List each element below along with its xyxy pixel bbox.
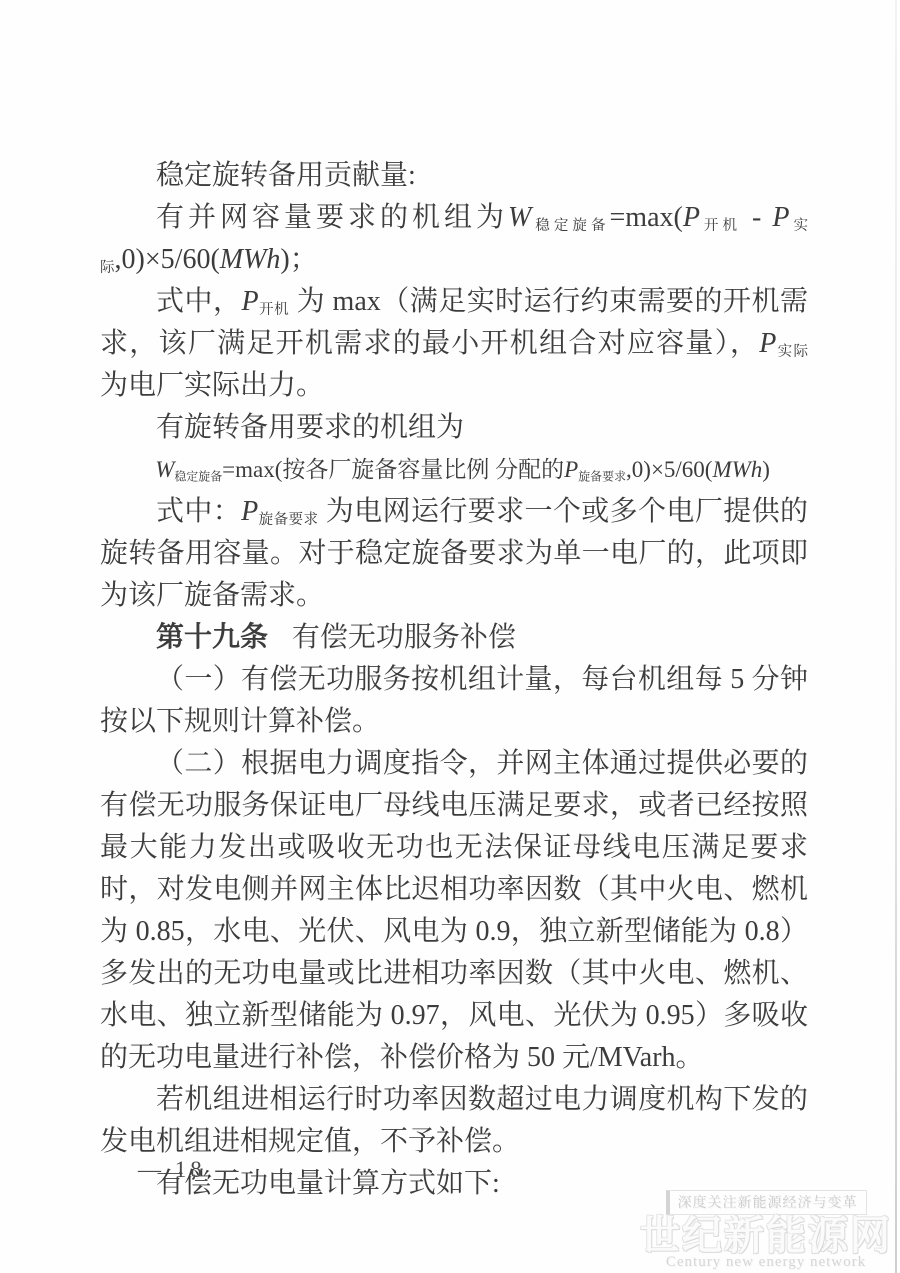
paragraph-article-19-heading: 第十九条有偿无功服务补偿 <box>100 617 808 659</box>
formula-p-open-subscript: 开机 <box>259 302 290 318</box>
formula-operator: =max( <box>610 202 683 233</box>
formula-minus-operator: - <box>741 202 772 233</box>
formula-p-actual-subscript: 实际 <box>776 344 808 360</box>
watermark-slogan: 深度关注新能源经济与变革 <box>666 1190 867 1215</box>
text-run: 式中， <box>156 286 241 317</box>
formula-p-actual-variable: P <box>772 202 789 233</box>
formula-w-subscript: 稳定旋备 <box>174 469 222 483</box>
text-run: 为电厂实际出力。 <box>100 370 324 401</box>
formula-unit: MWh <box>712 457 762 482</box>
formula-p-actual-variable: P <box>759 328 776 359</box>
formula-p-open-variable: P <box>683 202 700 233</box>
formula-spinning-reserve: W稳定旋备=max(按各厂旋备容量比例 分配的P旋备要求,0)×5/60(MWh… <box>100 449 808 491</box>
paragraph-formula-explanation-2: 式中：P旋备要求 为电网运行要求一个或多个电厂提供的旋转备用容量。对于稳定旋备要… <box>100 491 808 617</box>
document-page: 稳定旋转备用贡献量: 有并网容量要求的机组为W稳定旋备=max(P开机 - P实… <box>0 0 900 1273</box>
page-number: — 18 — <box>138 1157 243 1183</box>
paragraph-spinning-reserve-lead: 有旋转备用要求的机组为 <box>100 407 808 449</box>
text-run: 式中： <box>156 496 241 527</box>
article-number: 第十九条 <box>156 622 268 653</box>
paragraph-reserve-heading: 稳定旋转备用贡献量: <box>100 155 808 197</box>
formula-p-demand-variable: P <box>564 457 578 482</box>
formula-p-demand-subscript: 旋备要求 <box>258 512 318 528</box>
formula-end: )； <box>280 244 317 275</box>
paragraph-item-2: （二）根据电力调度指令，并网主体通过提供必要的有偿无功服务保证电厂母线电压满足要… <box>100 743 808 1079</box>
watermark: 深度关注新能源经济与变革 世纪新能源网 Century new energy n… <box>640 1190 892 1271</box>
formula-p-demand-variable: P <box>241 496 258 527</box>
document-body: 稳定旋转备用贡献量: 有并网容量要求的机组为W稳定旋备=max(P开机 - P实… <box>100 155 808 1205</box>
watermark-slogan-row: 深度关注新能源经济与变革 <box>640 1190 892 1215</box>
article-title: 有偿无功服务补偿 <box>292 622 516 653</box>
formula-w-variable: W <box>508 202 531 233</box>
watermark-subtitle: Century new energy network <box>640 1254 892 1271</box>
text-run: 有并网容量要求的机组为 <box>156 202 508 233</box>
paragraph-no-compensation: 若机组进相运行时功率因数超过电力调度机构下发的发电机组进相规定值，不予补偿。 <box>100 1079 808 1163</box>
formula-unit: MWh <box>220 244 281 275</box>
formula-tail: ,0)×5/60( <box>626 457 712 482</box>
formula-end: ) <box>762 457 770 482</box>
scan-edge-artifact <box>895 0 897 1273</box>
watermark-title: 世纪新能源网 <box>640 1215 892 1257</box>
paragraph-item-1: （一）有偿无功服务按机组计量，每台机组每 5 分钟按以下规则计算补偿。 <box>100 659 808 743</box>
formula-operator: =max(按各厂旋备容量比例 分配的 <box>222 457 564 482</box>
formula-w-subscript: 稳定旋备 <box>531 218 609 234</box>
formula-p-open-variable: P <box>241 286 258 317</box>
formula-w-variable: W <box>155 457 174 482</box>
formula-p-demand-subscript: 旋备要求 <box>578 469 626 483</box>
formula-tail: ,0)×5/60( <box>115 244 220 275</box>
formula-p-open-subscript: 开机 <box>700 218 741 234</box>
paragraph-grid-capacity-formula: 有并网容量要求的机组为W稳定旋备=max(P开机 - P实际,0)×5/60(M… <box>100 197 808 281</box>
paragraph-formula-explanation-1: 式中，P开机 为 max（满足实时运行约束需要的开机需求，该厂满足开机需求的最小… <box>100 281 808 407</box>
